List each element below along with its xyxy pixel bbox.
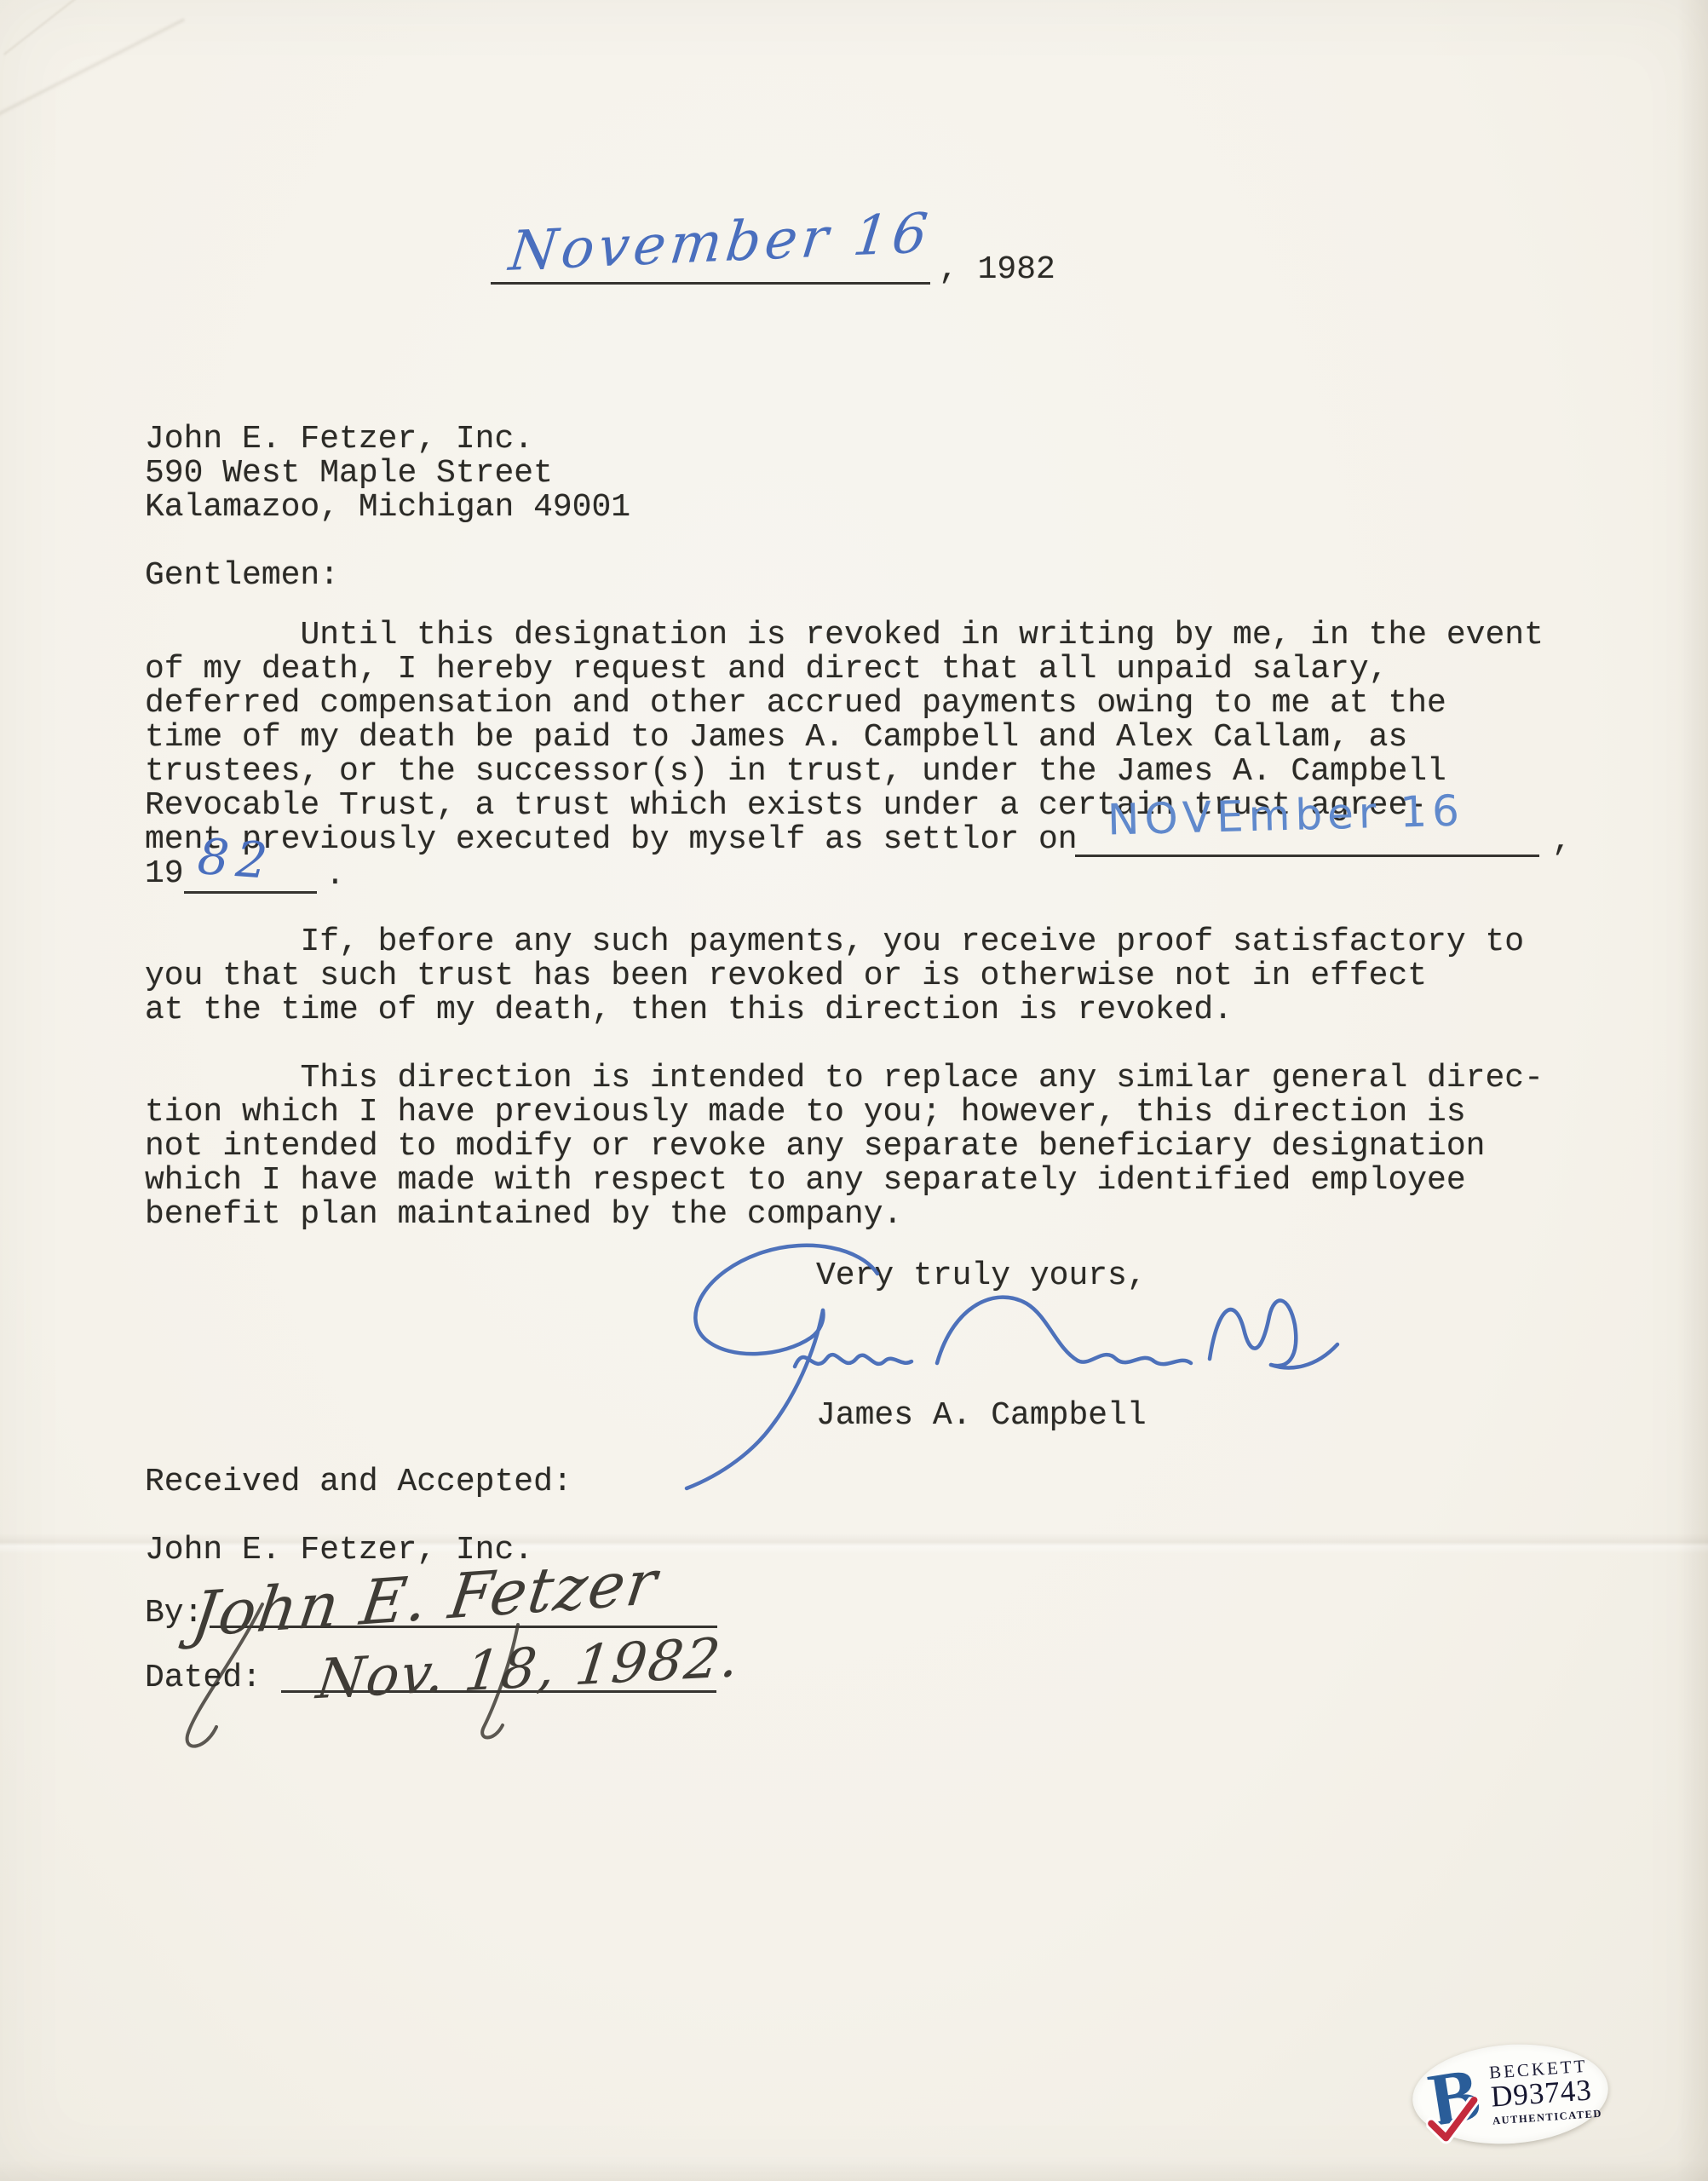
paper-fold-topleft-small <box>3 0 85 55</box>
paper-edge-shading-right <box>1677 0 1708 2181</box>
beckett-sticker-text: BECKETT D93743 AUTHENTICATED <box>1488 2056 1602 2128</box>
james-campbell-signature <box>664 1235 1389 1534</box>
dated-label: Dated: <box>145 1661 262 1695</box>
paper-fold-topleft <box>0 18 185 117</box>
recipient-address: John E. Fetzer, Inc. 590 West Maple Stre… <box>145 423 630 525</box>
year-blank-line <box>184 891 317 894</box>
body-paragraph-3: This direction is intended to replace an… <box>145 1062 1544 1232</box>
typed-period-after-year: . <box>325 859 345 893</box>
typed-comma-after-blank: , <box>1552 825 1572 859</box>
salutation: Gentlemen: <box>145 559 339 593</box>
beckett-sticker: B BECKETT D93743 AUTHENTICATED <box>1409 2038 1612 2150</box>
trust-date-blank-line <box>1075 855 1539 857</box>
letter-page: November 16 , 1982 John E. Fetzer, Inc. … <box>0 0 1708 2181</box>
typed-signer-name: James A. Campbell <box>816 1399 1147 1433</box>
date-underline <box>491 282 930 285</box>
paper-edge-shading-bottom <box>0 2159 1708 2181</box>
beckett-logo: B <box>1427 2055 1489 2140</box>
typed-date-year: , 1982 <box>939 253 1055 287</box>
body-paragraph-2: If, before any such payments, you receiv… <box>145 925 1524 1027</box>
handwritten-year: 82 <box>196 827 276 890</box>
handwritten-date: November 16 <box>506 202 935 284</box>
beckett-serial: D93743 <box>1490 2075 1593 2112</box>
typed-year-prefix: 19 <box>145 857 184 891</box>
beckett-check-icon <box>1424 2097 1482 2146</box>
handwritten-trust-date: NOVEmber 16 <box>1107 786 1464 845</box>
acceptance-heading: Received and Accepted: <box>145 1465 572 1499</box>
